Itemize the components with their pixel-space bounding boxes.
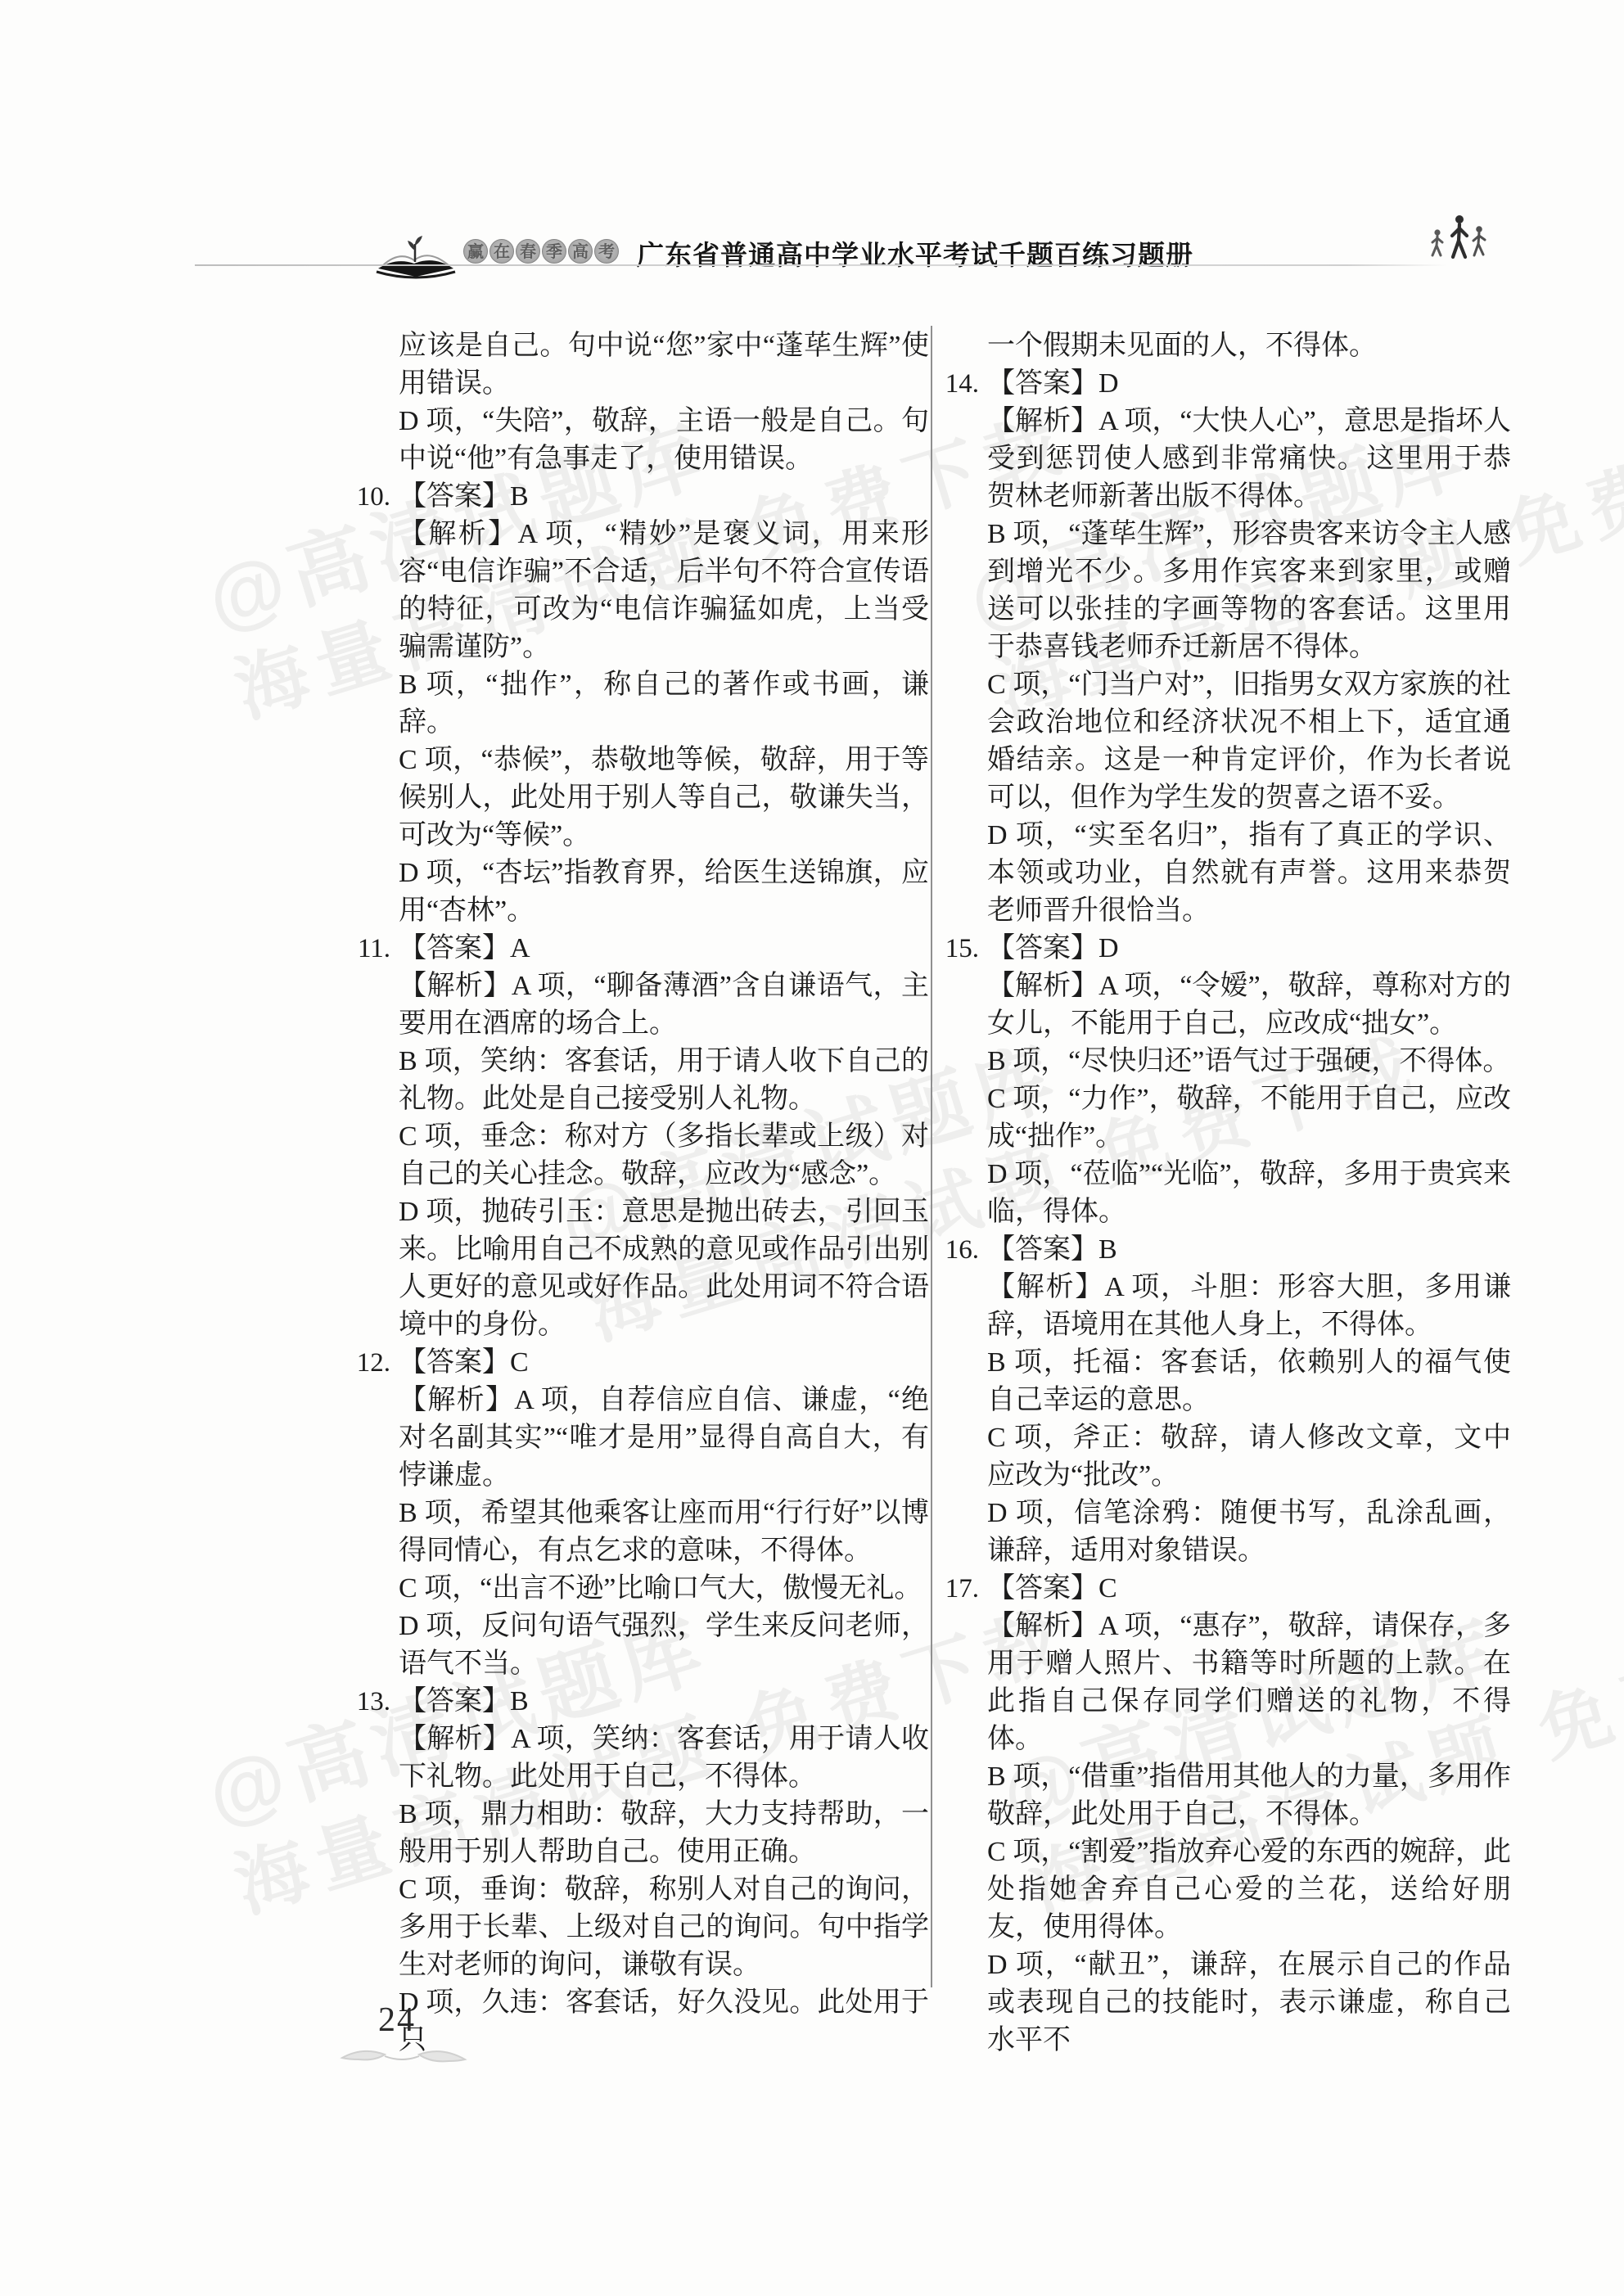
answer-item: 12. 【答案】C【解析】A 项，自荐信应自信、谦虚，“绝对名副其实”“唯才是用… — [350, 1344, 929, 1683]
answer-paragraph: C 项，垂询：敬辞，称别人对自己的询问，多用于长辈、上级对自己的询问。句中指学生… — [399, 1871, 929, 1984]
column-divider — [931, 326, 932, 1987]
item-number: 16. — [938, 1231, 979, 1269]
answer-paragraph: C 项，“出言不逊”比喻口气大，傲慢无礼。 — [399, 1570, 929, 1608]
answer-paragraph: 【答案】C — [399, 1344, 929, 1382]
answer-paragraph: D 项，抛砖引玉：意思是抛出砖去，引回玉来。比喻用自己不成熟的意见或作品引出别人… — [399, 1193, 929, 1344]
page-number: 24 — [378, 2001, 416, 2040]
item-body: 【答案】B【解析】A 项，“精妙”是褒义词，用来形容“电信诈骗”不合适，后半句不… — [399, 478, 929, 930]
running-people-icon — [1428, 211, 1493, 265]
brand-badge-char: 赢 — [463, 239, 488, 264]
answer-paragraph: B 项，托福：客套话，依赖别人的福气使自己幸运的意思。 — [987, 1344, 1511, 1419]
item-body: 【答案】B【解析】A 项，笑纳：客套话，用于请人收下礼物。此处用于自己，不得体。… — [399, 1683, 929, 2059]
item-number: 10. — [350, 478, 390, 516]
brand-badge-char: 季 — [542, 239, 566, 264]
column-right: 一个假期未见面的人，不得体。 14. 【答案】D【解析】A 项，“大快人心”，意… — [938, 327, 1511, 2059]
answer-paragraph: 【答案】C — [987, 1570, 1511, 1608]
answer-paragraph: 【解析】A 项，“精妙”是褒义词，用来形容“电信诈骗”不合适，后半句不符合宣传语… — [399, 516, 929, 666]
answer-paragraph: 应该是自己。句中说“您”家中“蓬荜生辉”使用错误。 — [399, 327, 929, 403]
brand-badge-char: 在 — [489, 239, 514, 264]
item-body: 【答案】A【解析】A 项，“聊备薄酒”含自谦语气，主要用在酒席的场合上。B 项，… — [399, 930, 929, 1344]
answer-paragraph: D 项，“失陪”，敬辞，主语一般是自己。句中说“他”有急事走了，使用错误。 — [399, 403, 929, 478]
item-number: 13. — [350, 1683, 390, 1721]
header-rule — [195, 264, 1447, 266]
answer-paragraph: D 项，反问句语气强烈，学生来反问老师，语气不当。 — [399, 1608, 929, 1683]
answer-item: 13. 【答案】B【解析】A 项，笑纳：客套话，用于请人收下礼物。此处用于自己，… — [350, 1683, 929, 2059]
answer-paragraph: B 项，“借重”指借用其他人的力量，多用作敬辞，此处用于自己，不得体。 — [987, 1758, 1511, 1834]
answer-paragraph: C 项，垂念：称对方（多指长辈或上级）对自己的关心挂念。敬辞，应改为“感念”。 — [399, 1118, 929, 1193]
answer-item: 17. 【答案】C【解析】A 项，“惠存”，敬辞，请保存，多用于赠人照片、书籍等… — [938, 1570, 1511, 2059]
answer-paragraph: D 项，“莅临”“光临”，敬辞，多用于贵宾来临，得体。 — [987, 1156, 1511, 1231]
answer-item: 16. 【答案】B【解析】A 项，斗胆：形容大胆，多用谦辞，语境用在其他人身上，… — [938, 1231, 1511, 1570]
booklet-title: 广东省普通高中学业水平考试千题百练习题册 — [637, 234, 1193, 273]
answer-paragraph: 一个假期未见面的人，不得体。 — [987, 327, 1511, 365]
answer-item: 14. 【答案】D【解析】A 项，“大快人心”，意思是指坏人受到惩罚使人感到非常… — [938, 365, 1511, 930]
answer-paragraph: 【答案】A — [399, 930, 929, 968]
answer-paragraph: 【答案】D — [987, 365, 1511, 403]
answer-paragraph: D 项，“实至名归”，指有了真正的学识、本领或功业，自然就有声誉。这用来恭贺老师… — [987, 817, 1511, 930]
item-body: 【答案】D【解析】A 项，“令嫒”，敬辞，尊称对方的女儿，不能用于自己，应改成“… — [987, 930, 1511, 1231]
answer-paragraph: B 项，笑纳：客套话，用于请人收下自己的礼物。此处是自己接受别人礼物。 — [399, 1043, 929, 1118]
answer-paragraph: 【解析】A 项，“令嫒”，敬辞，尊称对方的女儿，不能用于自己，应改成“拙女”。 — [987, 968, 1511, 1043]
brand-badge-char: 高 — [568, 239, 593, 264]
book-sprout-logo-icon — [375, 226, 457, 282]
page: { "header": { "badge_chars": ["赢", "在", … — [0, 0, 1624, 2296]
answer-paragraph: B 项，鼎力相助：敬辞，大力支持帮助，一般用于别人帮助自己。使用正确。 — [399, 1796, 929, 1871]
answer-paragraph: 【解析】A 项，“大快人心”，意思是指坏人受到惩罚使人感到非常痛快。这里用于恭贺… — [987, 403, 1511, 516]
item-body: 【答案】B【解析】A 项，斗胆：形容大胆，多用谦辞，语境用在其他人身上，不得体。… — [987, 1231, 1511, 1570]
answer-paragraph: B 项，“蓬荜生辉”，形容贵客来访令主人感到增光不少。多用作宾客来到家里，或赠送… — [987, 516, 1511, 666]
answer-paragraph: B 项，希望其他乘客让座而用“行行好”以博得同情心，有点乞求的意味，不得体。 — [399, 1495, 929, 1570]
answer-paragraph: D 项，“献丑”，谦辞，在展示自己的作品或表现自己的技能时，表示谦虚，称自己水平… — [987, 1946, 1511, 2059]
answer-paragraph: D 项，“杏坛”指教育界，给医生送锦旗，应用“杏林”。 — [399, 855, 929, 930]
answer-paragraph: C 项，“恭候”，恭敬地等候，敬辞，用于等候别人，此处用于别人等自己，敬谦失当，… — [399, 742, 929, 855]
answer-paragraph: D 项，久违：客套话，好久没见。此处用于只 — [399, 1984, 929, 2059]
answer-paragraph: B 项，“尽快归还”语气过于强硬，不得体。 — [987, 1043, 1511, 1080]
answer-paragraph: 【答案】B — [399, 478, 929, 516]
answer-paragraph: 【答案】B — [399, 1683, 929, 1721]
item-number: 11. — [350, 930, 390, 968]
item-body: 【答案】C【解析】A 项，自荐信应自信、谦虚，“绝对名副其实”“唯才是用”显得自… — [399, 1344, 929, 1683]
item-body: 应该是自己。句中说“您”家中“蓬荜生辉”使用错误。D 项，“失陪”，敬辞，主语一… — [399, 327, 929, 478]
answer-paragraph: 【解析】A 项，自荐信应自信、谦虚，“绝对名副其实”“唯才是用”显得自高自大，有… — [399, 1382, 929, 1495]
answer-item: 应该是自己。句中说“您”家中“蓬荜生辉”使用错误。D 项，“失陪”，敬辞，主语一… — [350, 327, 929, 478]
brand-badge-char: 春 — [516, 239, 540, 264]
answer-paragraph: C 项，“力作”，敬辞，不能用于自己，应改成“拙作”。 — [987, 1080, 1511, 1156]
answer-paragraph: C 项，斧正：敬辞，请人修改文章，文中应改为“批改”。 — [987, 1419, 1511, 1495]
answer-item: 10. 【答案】B【解析】A 项，“精妙”是褒义词，用来形容“电信诈骗”不合适，… — [350, 478, 929, 930]
answer-paragraph: D 项，信笔涂鸦：随便书写，乱涂乱画，谦辞，适用对象错误。 — [987, 1495, 1511, 1570]
answer-item: 11. 【答案】A【解析】A 项，“聊备薄酒”含自谦语气，主要用在酒席的场合上。… — [350, 930, 929, 1344]
answer-paragraph: 【解析】A 项，“惠存”，敬辞，请保存，多用于赠人照片、书籍等时所题的上款。在此… — [987, 1608, 1511, 1758]
answer-paragraph: 【解析】A 项，笑纳：客套话，用于请人收下礼物。此处用于自己，不得体。 — [399, 1721, 929, 1796]
item-body: 【答案】C【解析】A 项，“惠存”，敬辞，请保存，多用于赠人照片、书籍等时所题的… — [987, 1570, 1511, 2059]
brand-badge-char: 考 — [594, 239, 619, 264]
item-body: 一个假期未见面的人，不得体。 — [987, 327, 1511, 365]
item-number: 12. — [350, 1344, 390, 1382]
answer-paragraph: 【解析】A 项，“聊备薄酒”含自谦语气，主要用在酒席的场合上。 — [399, 968, 929, 1043]
answer-paragraph: 【答案】B — [987, 1231, 1511, 1269]
answer-paragraph: B 项，“拙作”，称自己的著作或书画，谦辞。 — [399, 666, 929, 742]
answer-paragraph: 【答案】D — [987, 930, 1511, 968]
footer-flourish-icon — [334, 2040, 473, 2073]
item-number: 17. — [938, 1570, 979, 1608]
answer-item: 15. 【答案】D【解析】A 项，“令嫒”，敬辞，尊称对方的女儿，不能用于自己，… — [938, 930, 1511, 1231]
answer-paragraph: C 项，“门当户对”，旧指男女双方家族的社会政治地位和经济状况不相上下，适宜通婚… — [987, 666, 1511, 817]
answer-paragraph: C 项，“割爱”指放弃心爱的东西的婉辞，此处指她舍弃自己心爱的兰花，送给好朋友，… — [987, 1834, 1511, 1946]
brand-badges: 赢 在 春 季 高 考 — [463, 239, 619, 264]
item-number: 15. — [938, 930, 979, 968]
item-body: 【答案】D【解析】A 项，“大快人心”，意思是指坏人受到惩罚使人感到非常痛快。这… — [987, 365, 1511, 930]
column-left: 应该是自己。句中说“您”家中“蓬荜生辉”使用错误。D 项，“失陪”，敬辞，主语一… — [350, 327, 929, 2059]
item-number: 14. — [938, 365, 979, 403]
answer-item: 一个假期未见面的人，不得体。 — [938, 327, 1511, 365]
answer-paragraph: 【解析】A 项，斗胆：形容大胆，多用谦辞，语境用在其他人身上，不得体。 — [987, 1269, 1511, 1344]
